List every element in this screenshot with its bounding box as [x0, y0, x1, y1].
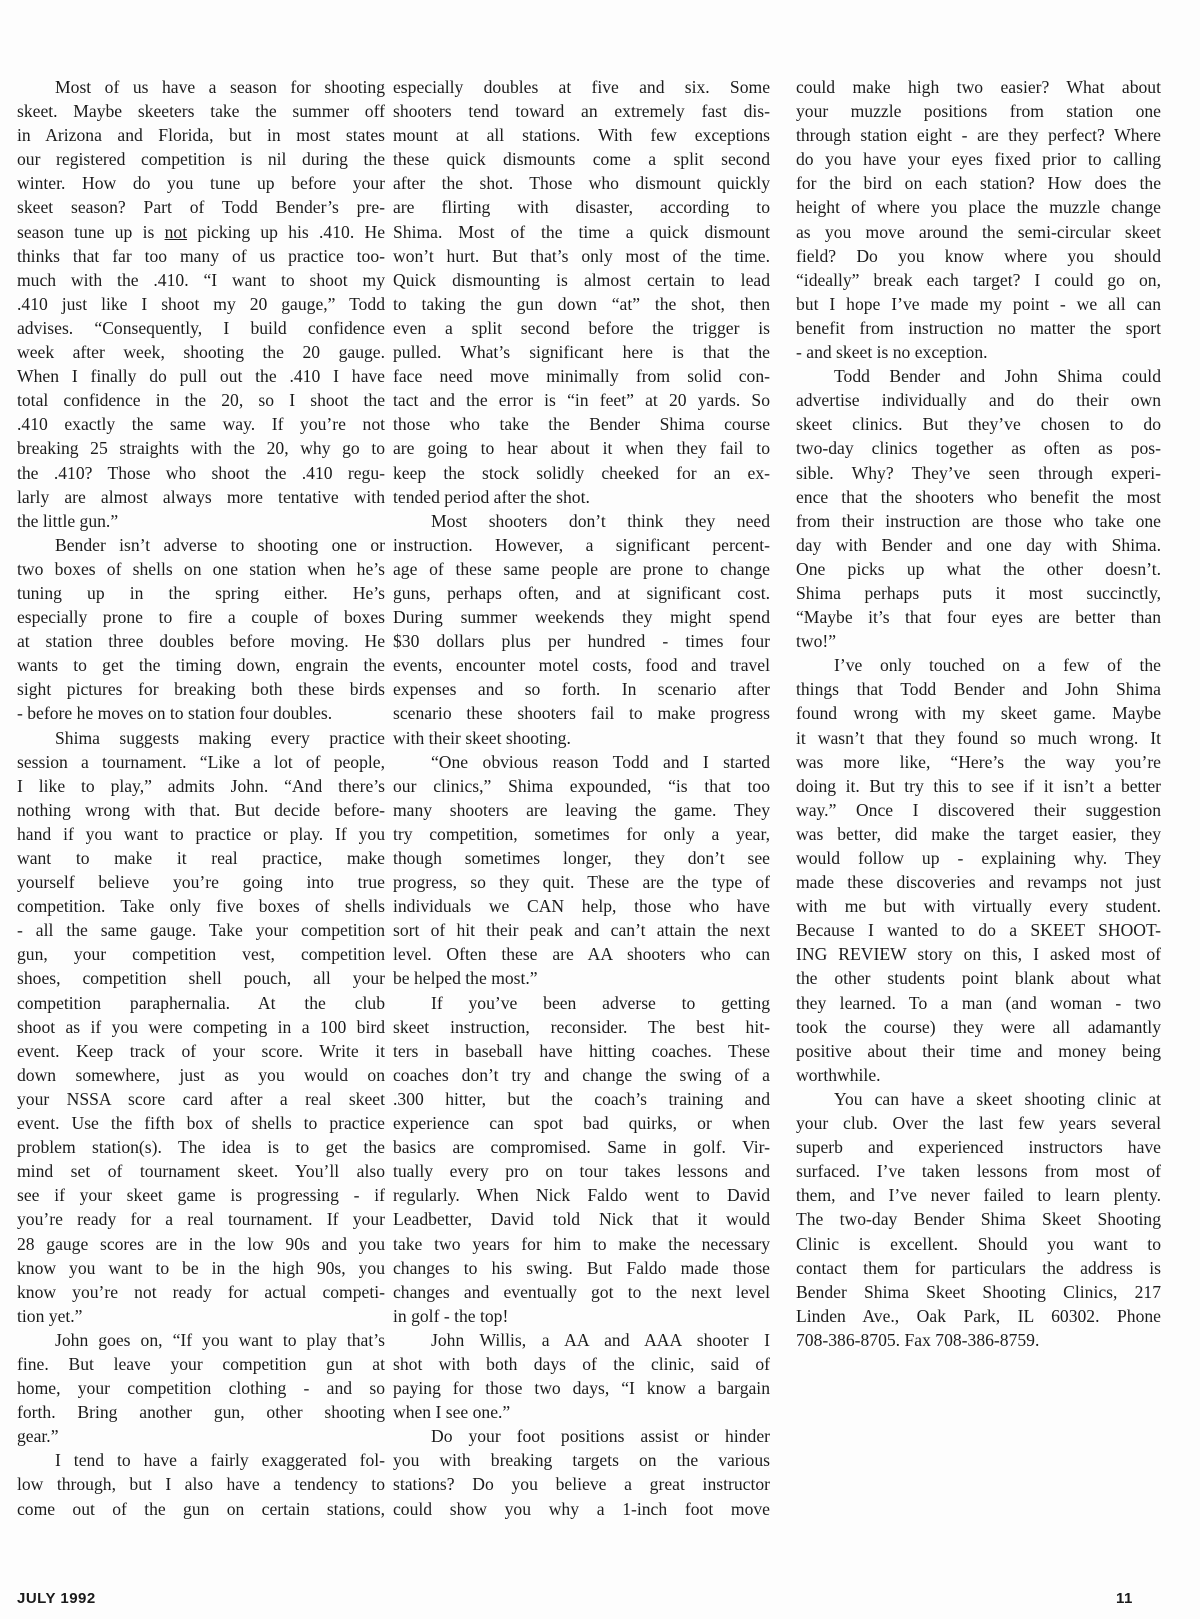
text-line: way.” Once I discovered their suggestion: [796, 798, 1161, 822]
text-line: “ideally” break each target? I could go …: [796, 268, 1161, 292]
text-line: many shooters are leaving the game. They: [393, 798, 770, 822]
text-line: .300 hitter, but the coach’s training an…: [393, 1087, 770, 1111]
text-line: events, encounter motel costs, food and …: [393, 653, 770, 677]
text-line: contact them for particulars the address…: [796, 1256, 1161, 1280]
text-line: you with breaking targets on the various: [393, 1448, 770, 1472]
text-line: your NSSA score card after a real skeet: [17, 1087, 385, 1111]
text-line: regularly. When Nick Faldo went to David: [393, 1183, 770, 1207]
text-line: sible. Why? They’ve seen through experi-: [796, 461, 1161, 485]
text-line: in Arizona and Florida, but in most stat…: [17, 123, 385, 147]
text-line: Most shooters don’t think they need: [393, 509, 770, 533]
text-line: gun, your competition vest, competition: [17, 942, 385, 966]
text-line: though sometimes longer, they don’t see: [393, 846, 770, 870]
text-line: mount at all stations. With few exceptio…: [393, 123, 770, 147]
text-line: ING REVIEW story on this, I asked most o…: [796, 942, 1161, 966]
text-line: event. Use the fifth box of shells to pr…: [17, 1111, 385, 1135]
text-line: coaches don’t try and change the swing o…: [393, 1063, 770, 1087]
text-line: shot with both days of the clinic, said …: [393, 1352, 770, 1376]
magazine-page: Most of us have a season for shootingske…: [0, 0, 1200, 1619]
text-line: even a split second before the trigger i…: [393, 316, 770, 340]
text-line: Linden Ave., Oak Park, IL 60302. Phone: [796, 1304, 1161, 1328]
text-line: it wasn’t that they found so much wrong.…: [796, 726, 1161, 750]
text-line: are going to hear about it when they fai…: [393, 436, 770, 460]
text-line: height of where you place the muzzle cha…: [796, 195, 1161, 219]
text-line: level. Often these are AA shooters who c…: [393, 942, 770, 966]
text-line: You can have a skeet shooting clinic at: [796, 1087, 1161, 1111]
text-line: could make high two easier? What about: [796, 75, 1161, 99]
text-line: .410 just like I shoot my 20 gauge,” Tod…: [17, 292, 385, 316]
text-line: $30 dollars plus per hundred - times fou…: [393, 629, 770, 653]
text-line: won’t hurt. But that’s only most of the …: [393, 244, 770, 268]
text-line: gear.”: [17, 1424, 385, 1448]
text-line: nothing wrong with that. But decide befo…: [17, 798, 385, 822]
text-line: was more like, “Here’s the way you’re: [796, 750, 1161, 774]
text-line: those who take the Bender Shima course: [393, 412, 770, 436]
article-column-2: especially doubles at five and six. Some…: [393, 75, 770, 1521]
text-line: paying for those two days, “I know a bar…: [393, 1376, 770, 1400]
text-line: basics are compromised. Same in golf. Vi…: [393, 1135, 770, 1159]
text-line: down somewhere, just as you would on: [17, 1063, 385, 1087]
text-line: be helped the most.”: [393, 966, 770, 990]
text-line: at station three doubles before moving. …: [17, 629, 385, 653]
text-line: would follow up - explaining why. They: [796, 846, 1161, 870]
text-line: are flirting with disaster, according to: [393, 195, 770, 219]
text-line: with their skeet shooting.: [393, 726, 770, 750]
text-line: two-day clinics together as often as pos…: [796, 436, 1161, 460]
text-line: I tend to have a fairly exaggerated fol-: [17, 1448, 385, 1472]
text-line: see if your skeet game is progressing - …: [17, 1183, 385, 1207]
text-line: take two years for him to make the neces…: [393, 1232, 770, 1256]
text-line: Clinic is excellent. Should you want to: [796, 1232, 1161, 1256]
text-line: skeet. Maybe skeeters take the summer of…: [17, 99, 385, 123]
text-line: face need move minimally from solid con-: [393, 364, 770, 388]
article-column-3: could make high two easier? What aboutyo…: [796, 75, 1161, 1352]
text-line: tually every pro on tour takes lessons a…: [393, 1159, 770, 1183]
text-line: 708-386-8705. Fax 708-386-8759.: [796, 1328, 1161, 1352]
text-line: tion yet.”: [17, 1304, 385, 1328]
text-line: forth. Bring another gun, other shooting: [17, 1400, 385, 1424]
text-line: competition. Take only five boxes of she…: [17, 894, 385, 918]
text-line: two!”: [796, 629, 1161, 653]
text-line: Shima. Most of the time a quick dismount: [393, 220, 770, 244]
text-line: could show you why a 1-inch foot move: [393, 1497, 770, 1521]
text-line: shoot as if you were competing in a 100 …: [17, 1015, 385, 1039]
text-line: changes and eventually got to the next l…: [393, 1280, 770, 1304]
text-line: The two-day Bender Shima Skeet Shooting: [796, 1207, 1161, 1231]
text-line: things that Todd Bender and John Shima: [796, 677, 1161, 701]
text-line: our registered competition is nil during…: [17, 147, 385, 171]
text-line: tended period after the shot.: [393, 485, 770, 509]
text-line: shoes, competition shell pouch, all your: [17, 966, 385, 990]
text-line: One picks up what the other doesn’t.: [796, 557, 1161, 581]
text-line: Shima suggests making every practice: [17, 726, 385, 750]
text-line: but I hope I’ve made my point - we all c…: [796, 292, 1161, 316]
text-line: wants to get the timing down, engrain th…: [17, 653, 385, 677]
text-line: do you have your eyes fixed prior to cal…: [796, 147, 1161, 171]
text-line: thinks that far too many of us practice …: [17, 244, 385, 268]
text-line: breaking 25 straights with the 20, why g…: [17, 436, 385, 460]
text-line: - before he moves on to station four dou…: [17, 701, 385, 725]
text-line: for the bird on each station? How does t…: [796, 171, 1161, 195]
text-line: event. Keep track of your score. Write i…: [17, 1039, 385, 1063]
text-line: home, your competition clothing - and so: [17, 1376, 385, 1400]
text-line: found wrong with my skeet game. Maybe: [796, 701, 1161, 725]
text-line: know you want to be in the high 90s, you: [17, 1256, 385, 1280]
text-line: advertise individually and do their own: [796, 388, 1161, 412]
text-line: - and skeet is no exception.: [796, 340, 1161, 364]
text-line: larly are almost always more tentative w…: [17, 485, 385, 509]
text-line: skeet instruction, reconsider. The best …: [393, 1015, 770, 1039]
text-line: field? Do you know where you should: [796, 244, 1161, 268]
text-line: season tune up is not picking up his .41…: [17, 220, 385, 244]
text-line: Do your foot positions assist or hinder: [393, 1424, 770, 1448]
text-line: Most of us have a season for shooting: [17, 75, 385, 99]
text-line: in golf - the top!: [393, 1304, 770, 1328]
text-line: the little gun.”: [17, 509, 385, 533]
text-line: During summer weekends they might spend: [393, 605, 770, 629]
text-line: positive about their time and money bein…: [796, 1039, 1161, 1063]
text-line: mind set of tournament skeet. You’ll als…: [17, 1159, 385, 1183]
text-line: they learned. To a man (and woman - two: [796, 991, 1161, 1015]
text-line: age of these same people are prone to ch…: [393, 557, 770, 581]
text-line: total confidence in the 20, so I shoot t…: [17, 388, 385, 412]
text-line: tuning up in the spring either. He’s: [17, 581, 385, 605]
text-line: as you move around the semi-circular ske…: [796, 220, 1161, 244]
text-line: low through, but I also have a tendency …: [17, 1472, 385, 1496]
text-line: much with the .410. “I want to shoot my: [17, 268, 385, 292]
text-line: yourself believe you’re going into true: [17, 870, 385, 894]
text-line: after the shot. Those who dismount quick…: [393, 171, 770, 195]
text-line: Leadbetter, David told Nick that it woul…: [393, 1207, 770, 1231]
text-line: week after week, shooting the 20 gauge.: [17, 340, 385, 364]
text-line: you’re ready for a real tournament. If y…: [17, 1207, 385, 1231]
text-line: stations? Do you believe a great instruc…: [393, 1472, 770, 1496]
text-line: advises. “Consequently, I build confiden…: [17, 316, 385, 340]
text-line: keep the stock solidly cheeked for an ex…: [393, 461, 770, 485]
text-line: doing it. But try this to see if it isn’…: [796, 774, 1161, 798]
text-line: hand if you want to practice or play. If…: [17, 822, 385, 846]
text-line: when I see one.”: [393, 1400, 770, 1424]
text-line: Shima perhaps puts it most succinctly,: [796, 581, 1161, 605]
text-line: changes to his swing. But Faldo made tho…: [393, 1256, 770, 1280]
text-line: .410 exactly the same way. If you’re not: [17, 412, 385, 436]
text-line: know you’re not ready for actual competi…: [17, 1280, 385, 1304]
text-line: our clinics,” Shima expounded, “is that …: [393, 774, 770, 798]
text-line: problem station(s). The idea is to get t…: [17, 1135, 385, 1159]
text-line: experience can spot bad quirks, or when: [393, 1111, 770, 1135]
text-line: progress, so they quit. These are the ty…: [393, 870, 770, 894]
text-line: to taking the gun down “at” the shot, th…: [393, 292, 770, 316]
text-line: “Maybe it’s that four eyes are better th…: [796, 605, 1161, 629]
text-line: shooters tend toward an extremely fast d…: [393, 99, 770, 123]
text-line: sort of hit their peak and can’t attain …: [393, 918, 770, 942]
page-number: 11: [1116, 1590, 1133, 1607]
text-line: Bender Shima Skeet Shooting Clinics, 217: [796, 1280, 1161, 1304]
text-line: instruction. However, a significant perc…: [393, 533, 770, 557]
text-line: If you’ve been adverse to getting: [393, 991, 770, 1015]
text-line: winter. How do you tune up before your: [17, 171, 385, 195]
text-line: Todd Bender and John Shima could: [796, 364, 1161, 388]
text-line: I’ve only touched on a few of the: [796, 653, 1161, 677]
text-line: the other students point blank about wha…: [796, 966, 1161, 990]
text-line: want to make it real practice, make: [17, 846, 385, 870]
text-line: try competition, sometimes for only a ye…: [393, 822, 770, 846]
text-line: Bender isn’t adverse to shooting one or: [17, 533, 385, 557]
text-line: session a tournament. “Like a lot of peo…: [17, 750, 385, 774]
text-line: scenario these shooters fail to make pro…: [393, 701, 770, 725]
article-column-1: Most of us have a season for shootingske…: [17, 75, 385, 1521]
text-line: day with Bender and one day with Shima.: [796, 533, 1161, 557]
text-line: “One obvious reason Todd and I started: [393, 750, 770, 774]
text-line: Quick dismounting is almost certain to l…: [393, 268, 770, 292]
text-line: these quick dismounts come a split secon…: [393, 147, 770, 171]
text-line: the .410? Those who shoot the .410 regu-: [17, 461, 385, 485]
text-line: two boxes of shells on one station when …: [17, 557, 385, 581]
text-line: ence that the shooters who benefit the m…: [796, 485, 1161, 509]
text-line: especially prone to fire a couple of box…: [17, 605, 385, 629]
text-line: from their instruction are those who tak…: [796, 509, 1161, 533]
text-line: surfaced. I’ve taken lessons from most o…: [796, 1159, 1161, 1183]
text-line: especially doubles at five and six. Some: [393, 75, 770, 99]
text-line: When I finally do pull out the .410 I ha…: [17, 364, 385, 388]
text-line: with me but with virtually every student…: [796, 894, 1161, 918]
text-line: skeet season? Part of Todd Bender’s pre-: [17, 195, 385, 219]
text-line: Because I wanted to do a SKEET SHOOT-: [796, 918, 1161, 942]
text-line: John goes on, “If you want to play that’…: [17, 1328, 385, 1352]
text-line: fine. But leave your competition gun at: [17, 1352, 385, 1376]
issue-date: JULY 1992: [17, 1590, 96, 1607]
text-line: John Willis, a AA and AAA shooter I: [393, 1328, 770, 1352]
text-line: come out of the gun on certain stations,: [17, 1497, 385, 1521]
emphasis-underline: not: [165, 222, 187, 242]
text-line: worthwhile.: [796, 1063, 1161, 1087]
text-line: was better, did make the target easier, …: [796, 822, 1161, 846]
text-line: - all the same gauge. Take your competit…: [17, 918, 385, 942]
text-line: tact and the error is “in feet” at 20 ya…: [393, 388, 770, 412]
text-line: I like to play,” admits John. “And there…: [17, 774, 385, 798]
text-line: ters in baseball have hitting coaches. T…: [393, 1039, 770, 1063]
text-line: your muzzle positions from station one: [796, 99, 1161, 123]
text-line: sight pictures for breaking both these b…: [17, 677, 385, 701]
text-line: 28 gauge scores are in the low 90s and y…: [17, 1232, 385, 1256]
text-line: them, and I’ve never failed to learn ple…: [796, 1183, 1161, 1207]
text-line: expenses and so forth. In scenario after: [393, 677, 770, 701]
text-line: your club. Over the last few years sever…: [796, 1111, 1161, 1135]
text-line: guns, perhaps often, and at significant …: [393, 581, 770, 605]
text-line: pulled. What’s significant here is that …: [393, 340, 770, 364]
text-line: individuals we CAN help, those who have: [393, 894, 770, 918]
text-line: competition paraphernalia. At the club: [17, 991, 385, 1015]
text-line: benefit from instruction no matter the s…: [796, 316, 1161, 340]
text-line: took the course) they were all adamantly: [796, 1015, 1161, 1039]
text-line: skeet clinics. But they’ve chosen to do: [796, 412, 1161, 436]
text-line: superb and experienced instructors have: [796, 1135, 1161, 1159]
text-line: made these discoveries and revamps not j…: [796, 870, 1161, 894]
text-line: through station eight - are they perfect…: [796, 123, 1161, 147]
